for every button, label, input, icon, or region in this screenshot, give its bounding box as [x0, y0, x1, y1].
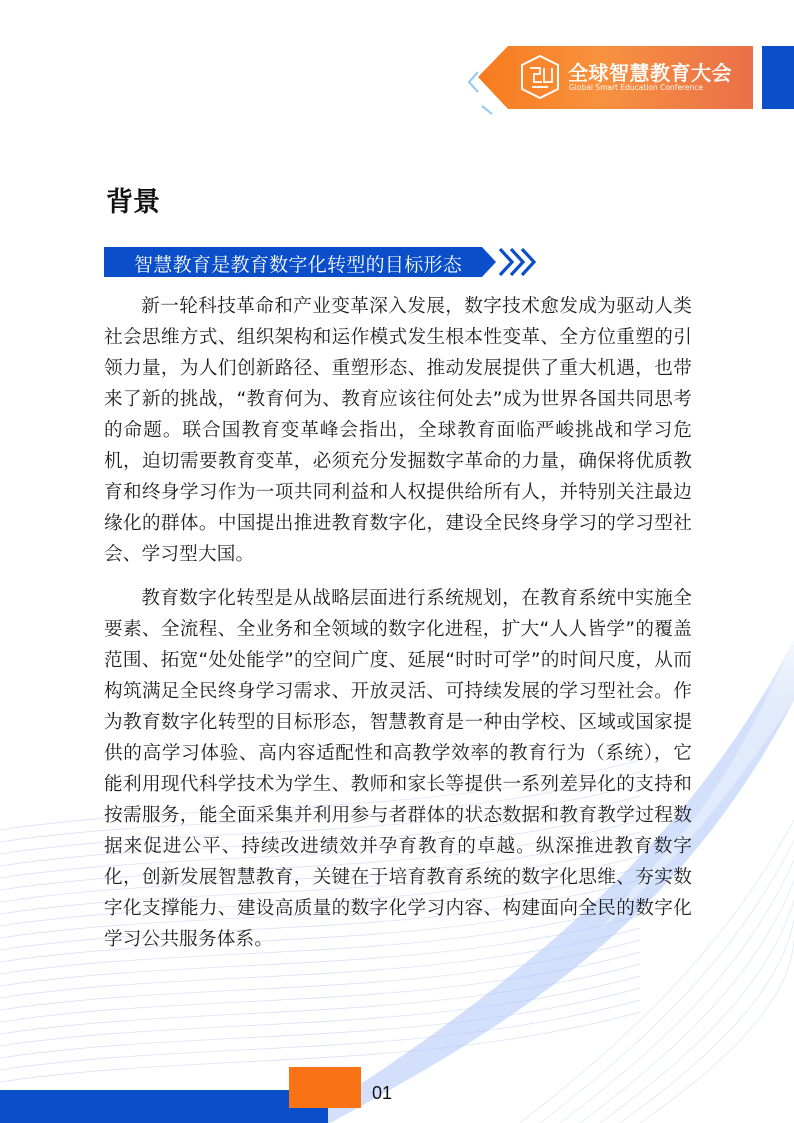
header-blue-accent [762, 46, 794, 109]
paragraph: 教育数字化转型是从战略层面进行系统规划，在教育系统中实施全要素、全流程、全业务和… [104, 583, 692, 955]
body-text: 新一轮科技革命和产业变革深入发展，数字技术愈发成为驱动人类社会思维方式、组织架构… [104, 291, 692, 968]
paragraph: 新一轮科技革命和产业变革深入发展，数字技术愈发成为驱动人类社会思维方式、组织架构… [104, 291, 692, 570]
footer-blue-bar [0, 1090, 328, 1123]
conference-logo-banner: 全球智慧教育大会 Global Smart Education Conferen… [478, 46, 753, 109]
section-heading: 智慧教育是教育数字化转型的目标形态 [134, 250, 462, 277]
page-title: 背景 [106, 180, 160, 219]
page-number: 01 [372, 1083, 392, 1104]
conference-title: 全球智慧教育大会 [568, 57, 732, 86]
conference-logo-icon [518, 54, 562, 100]
conference-subtitle: Global Smart Education Conference [569, 83, 703, 92]
section-heading-banner: 智慧教育是教育数字化转型的目标形态 [104, 247, 499, 277]
footer-orange-block [289, 1067, 361, 1108]
triple-chevron-right-icon [478, 247, 544, 277]
